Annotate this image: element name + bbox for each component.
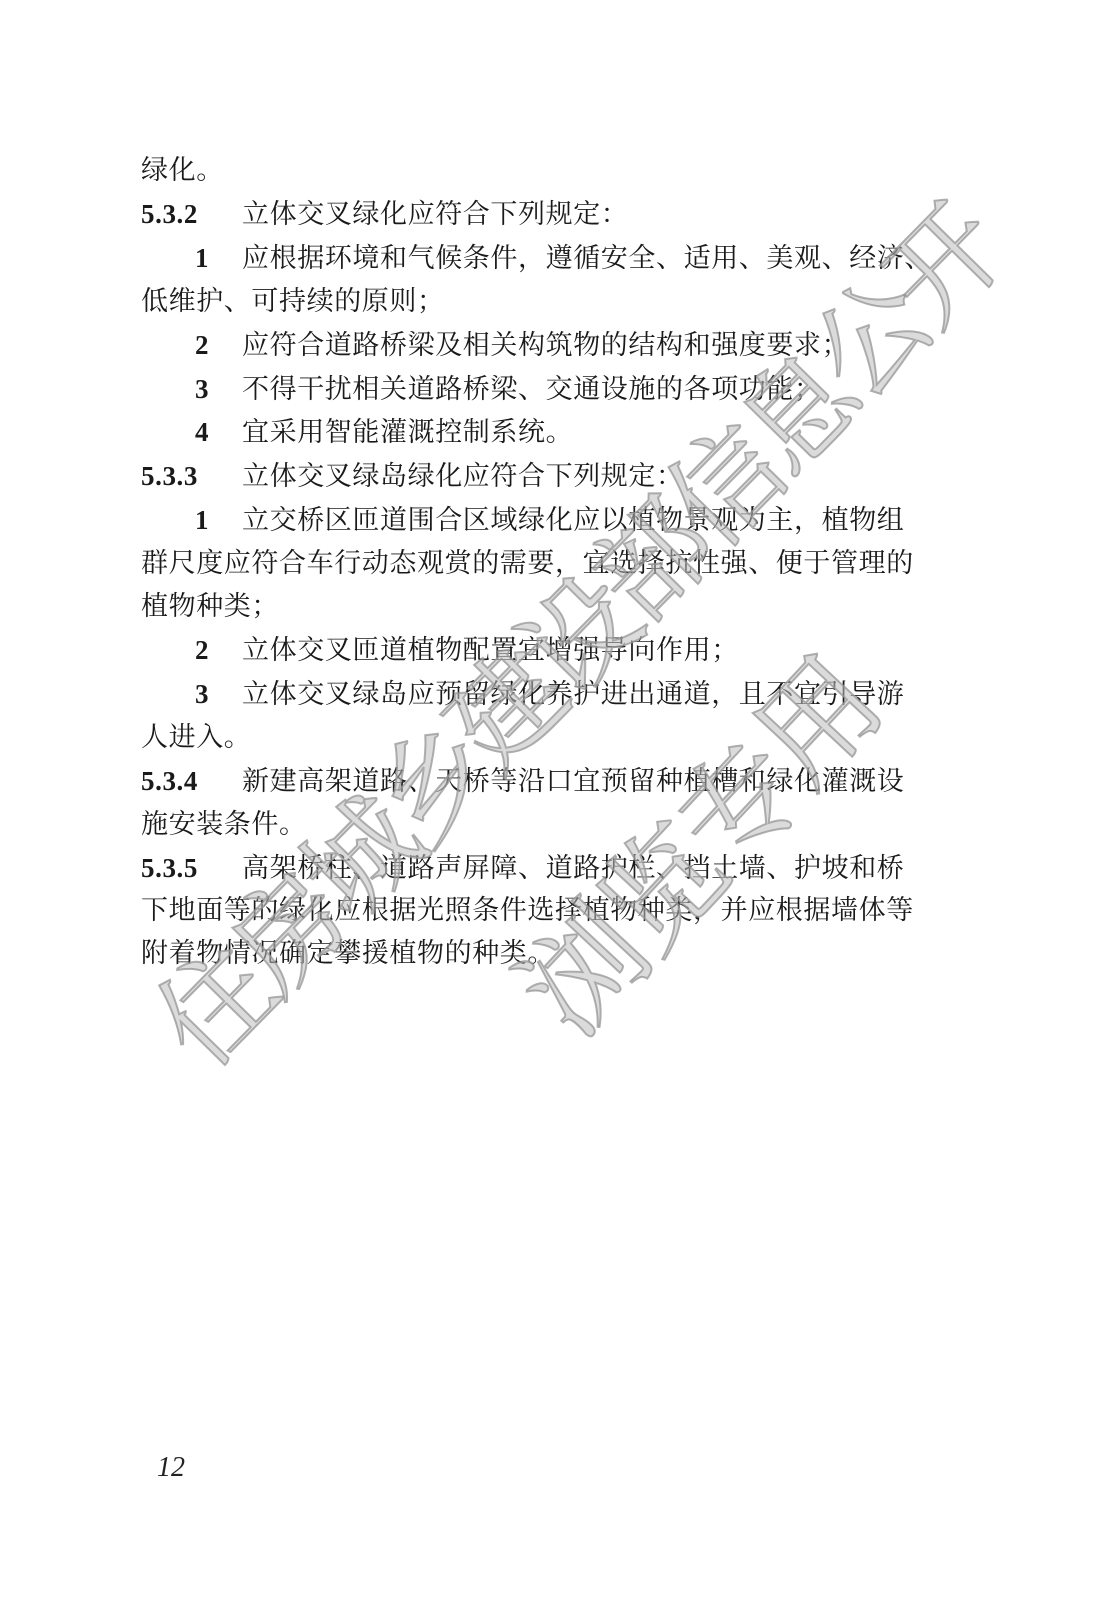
document-page: 绿化。 5.3.2立体交叉绿化应符合下列规定： 1应根据环境和气候条件，遵循安全… (0, 0, 1103, 1598)
list-item: 1立交桥区匝道围合区域绿化应以植物景观为主，植物组 (141, 499, 943, 543)
item-number: 2 (195, 324, 242, 367)
item-text: 立体交叉匝道植物配置宜增强导向作用； (242, 635, 739, 666)
list-item: 3不得干扰相关道路桥梁、交通设施的各项功能； (141, 368, 943, 412)
clause-number: 5.3.3 (141, 455, 242, 498)
clause-number: 5.3.5 (141, 847, 242, 890)
clause-text: 立体交叉绿岛绿化应符合下列规定： (242, 461, 684, 492)
item-text: 立交桥区匝道围合区域绿化应以植物景观为主，植物组 (242, 505, 904, 536)
item-text: 立体交叉绿岛应预留绿化养护进出通道，且不宜引导游 (242, 679, 904, 710)
clause-heading-line: 5.3.5高架桥柱、道路声屏障、道路护栏、挡土墙、护坡和桥 (141, 847, 943, 891)
item-number: 1 (195, 237, 242, 280)
item-number: 4 (195, 411, 242, 454)
item-number: 1 (195, 499, 242, 542)
clause-text: 高架桥柱、道路声屏障、道路护栏、挡土墙、护坡和桥 (242, 853, 904, 884)
item-number: 3 (195, 673, 242, 716)
item-text: 应根据环境和气候条件，遵循安全、适用、美观、经济、 (242, 243, 932, 274)
clause-heading-line: 5.3.3立体交叉绿岛绿化应符合下列规定： (141, 455, 943, 499)
clause-5-3-5: 5.3.5高架桥柱、道路声屏障、道路护栏、挡土墙、护坡和桥 下地面等的绿化应根据… (141, 847, 943, 977)
item-continuation: 低维护、可持续的原则； (141, 281, 943, 324)
clause-5-3-3: 5.3.3立体交叉绿岛绿化应符合下列规定： 1立交桥区匝道围合区域绿化应以植物景… (141, 455, 943, 759)
clause-number: 5.3.2 (141, 193, 242, 236)
item-continuation: 植物种类； (141, 586, 943, 629)
clause-5-3-2: 5.3.2立体交叉绿化应符合下列规定： 1应根据环境和气候条件，遵循安全、适用、… (141, 193, 943, 455)
clause-continuation: 下地面等的绿化应根据光照条件选择植物种类，并应根据墙体等 (141, 890, 943, 933)
clause-5-3-4: 5.3.4新建高架道路、天桥等沿口宜预留种植槽和绿化灌溉设 施安装条件。 (141, 760, 943, 847)
list-item: 1应根据环境和气候条件，遵循安全、适用、美观、经济、 (141, 237, 943, 281)
clause-continuation: 附着物情况确定攀援植物的种类。 (141, 933, 943, 976)
list-item: 2立体交叉匝道植物配置宜增强导向作用； (141, 629, 943, 673)
list-item: 2应符合道路桥梁及相关构筑物的结构和强度要求； (141, 324, 943, 368)
item-text: 应符合道路桥梁及相关构筑物的结构和强度要求； (242, 330, 849, 361)
clause-continuation: 施安装条件。 (141, 804, 943, 847)
list-item: 4宜采用智能灌溉控制系统。 (141, 411, 943, 455)
item-continuation: 群尺度应符合车行动态观赏的需要，宜选择抗性强、便于管理的 (141, 543, 943, 586)
clause-heading-line: 5.3.2立体交叉绿化应符合下列规定： (141, 193, 943, 237)
item-continuation: 人进入。 (141, 717, 943, 760)
item-number: 2 (195, 629, 242, 672)
clause-text: 新建高架道路、天桥等沿口宜预留种植槽和绿化灌溉设 (242, 766, 904, 797)
continuation-line: 绿化。 (141, 150, 943, 193)
item-number: 3 (195, 368, 242, 411)
item-text: 不得干扰相关道路桥梁、交通设施的各项功能； (242, 374, 822, 405)
item-text: 宜采用智能灌溉控制系统。 (242, 417, 573, 448)
list-item: 3立体交叉绿岛应预留绿化养护进出通道，且不宜引导游 (141, 673, 943, 717)
document-body: 绿化。 5.3.2立体交叉绿化应符合下列规定： 1应根据环境和气候条件，遵循安全… (141, 150, 943, 976)
clause-heading-line: 5.3.4新建高架道路、天桥等沿口宜预留种植槽和绿化灌溉设 (141, 760, 943, 804)
clause-number: 5.3.4 (141, 760, 242, 803)
page-number: 12 (157, 1452, 185, 1484)
clause-text: 立体交叉绿化应符合下列规定： (242, 199, 628, 230)
